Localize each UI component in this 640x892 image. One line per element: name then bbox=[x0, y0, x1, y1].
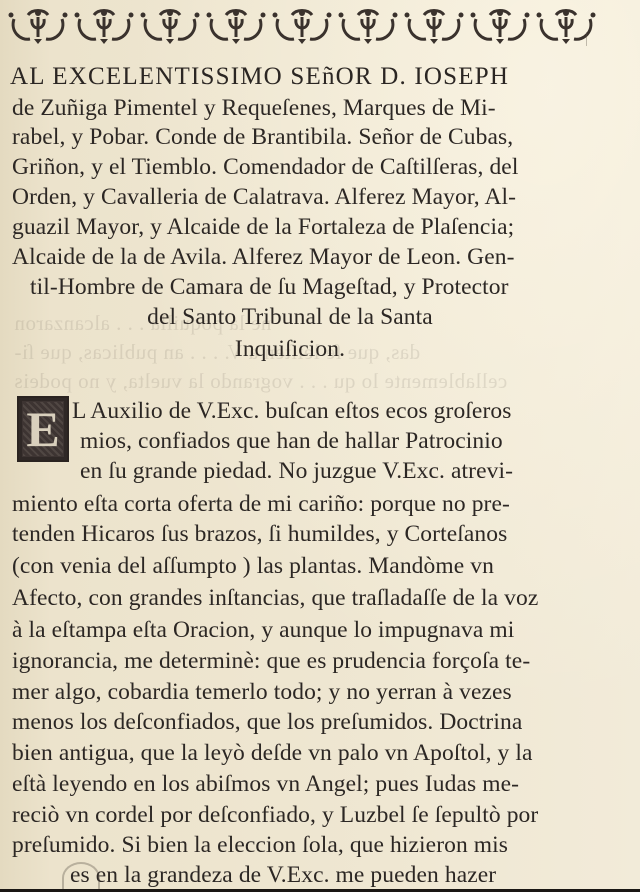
body-line: es en la grandeza de V.Exc. me pueden ha… bbox=[70, 862, 496, 889]
body-line: mios, confiados que han de hallar Patroc… bbox=[80, 428, 503, 455]
fleuron-ornament-icon bbox=[270, 5, 334, 45]
heading-line: de Zuñiga Pimentel y Requeſenes, Marques… bbox=[12, 95, 496, 122]
body-line: preſumido. Si bien la eleccion ſola, que… bbox=[12, 832, 508, 859]
heading-line: rabel, y Pobar. Conde de Brantibila. Señ… bbox=[12, 124, 513, 151]
fleuron-ornament-icon bbox=[534, 5, 598, 45]
heading-line-centered: Inquiſicion. bbox=[0, 336, 580, 363]
body-line: à la eſtampa eſta Oracion, y aunque lo i… bbox=[12, 617, 514, 644]
body-line: menos los deſconfiados, que los preſumid… bbox=[12, 709, 522, 736]
bleed-through-text: cellablemente lo qu . . . vogrando la vu… bbox=[14, 369, 507, 394]
body-line: ignorancia, me determinè: que es prudenc… bbox=[12, 648, 530, 675]
margin-mark bbox=[586, 32, 587, 46]
body-line: eſtà leyendo en los abiſmos vn Angel; pu… bbox=[12, 771, 519, 798]
fleuron-ornament-icon bbox=[138, 5, 202, 45]
heading-line: Griñon, y el Tiemblo. Comendador de Caſt… bbox=[12, 154, 518, 181]
body-line: L Auxilio de V.Exc. buſcan eſtos ecos gr… bbox=[72, 398, 512, 425]
heading-line-centered: del Santo Tribunal de la Santa bbox=[0, 304, 580, 331]
fleuron-ornament-icon bbox=[6, 5, 70, 45]
body-line: en ſu grande piedad. No juzgue V.Exc. at… bbox=[80, 458, 513, 485]
decorative-headpiece-border bbox=[6, 4, 586, 46]
body-line: tenden Hicaros ſus brazos, ſi humildes, … bbox=[12, 521, 507, 548]
page-blemish bbox=[62, 862, 100, 892]
heading-line: Orden, y Cavalleria de Calatrava. Alfere… bbox=[12, 184, 516, 211]
body-line: Afecto, con grandes inſtancias, que traſ… bbox=[12, 585, 538, 612]
illuminated-drop-cap: E bbox=[17, 396, 69, 462]
body-line: reciò vn cordel por deſconfiado, y Luzbe… bbox=[12, 802, 538, 829]
dedication-heading: AL EXCELENTISSIMO SEñOR D. IOSEPH bbox=[10, 63, 600, 91]
fleuron-ornament-icon bbox=[72, 5, 136, 45]
scanned-book-page: AL EXCELENTISSIMO SEñOR D. IOSEPH de Zuñ… bbox=[0, 0, 640, 892]
heading-line: til-Hombre de Camara de ſu Mageſtad, y P… bbox=[30, 274, 509, 301]
heading-line: guazil Mayor, y Alcaide de la Fortaleza … bbox=[12, 214, 514, 241]
heading-line: Alcaide de la de Avila. Alferez Mayor de… bbox=[12, 244, 515, 271]
fleuron-ornament-icon bbox=[336, 5, 400, 45]
fleuron-ornament-icon bbox=[468, 5, 532, 45]
body-line: (con venia del aſſumpto ) las plantas. M… bbox=[12, 553, 494, 580]
body-line: miento eſta corta oferta de mi cariño: p… bbox=[12, 491, 510, 518]
body-line: mer algo, cobardia temerlo todo; y no ye… bbox=[12, 679, 512, 706]
drop-cap-letter: E bbox=[26, 400, 59, 458]
fleuron-ornament-icon bbox=[402, 5, 466, 45]
body-line: bien antigua, que la leyò deſde vn palo … bbox=[12, 740, 533, 767]
fleuron-ornament-icon bbox=[204, 5, 268, 45]
